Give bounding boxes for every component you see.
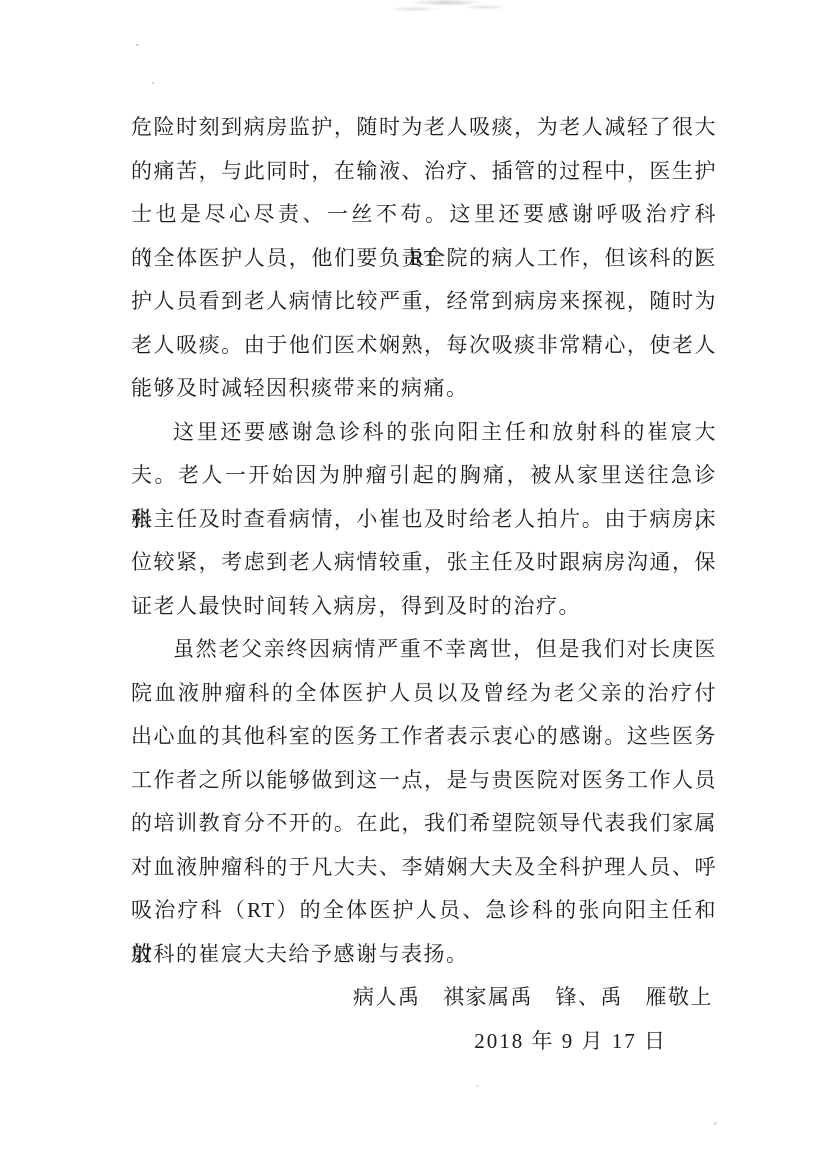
text-line: 危险时刻到病房监护，随时为老人吸痰，为老人减轻了很大 — [131, 106, 717, 150]
scan-speck-artifact — [476, 1085, 479, 1087]
scan-speck-artifact — [714, 1122, 717, 1125]
scanned-letter-page: 危险时刻到病房监护，随时为老人吸痰，为老人减轻了很大的痛苦，与此同时，在输液、治… — [0, 0, 827, 1169]
text-line: 射科的崔宸大夫给予感谢与表扬。 — [131, 933, 717, 977]
text-line: 位较紧，考虑到老人病情较重，张主任及时跟病房沟通，保 — [131, 541, 717, 585]
text-line: 能够及时减轻因积痰带来的病痛。 — [131, 367, 717, 411]
text-line: 工作者之所以能够做到这一点，是与贵医院对医务工作人员 — [131, 759, 717, 803]
text-line: 夫。老人一开始因为肿瘤引起的胸痛，被从家里送往急诊科， — [131, 454, 717, 498]
text-line: 张主任及时查看病情，小崔也及时给老人拍片。由于病房床 — [131, 498, 717, 542]
text-line: 老人吸痰。由于他们医术娴熟，每次吸痰非常精心，使老人 — [131, 324, 717, 368]
text-line: 病人禹 祺家属禹 锋、禹 雁敬上 — [131, 976, 717, 1020]
text-line: 吸治疗科（RT）的全体医护人员、急诊科的张向阳主任和放 — [131, 889, 717, 933]
text-line: 这里还要感谢急诊科的张向阳主任和放射科的崔宸大 — [131, 411, 717, 455]
text-line: 对血液肿瘤科的于凡大夫、李婧娴大夫及全科护理人员、呼 — [131, 846, 717, 890]
text-line: 2018 年 9 月 17 日 — [131, 1020, 717, 1064]
text-line: 的痛苦，与此同时，在输液、治疗、插管的过程中，医生护 — [131, 150, 717, 194]
text-line: 虽然老父亲终因病情严重不幸离世，但是我们对长庚医 — [131, 628, 717, 672]
letter-body: 危险时刻到病房监护，随时为老人吸痰，为老人减轻了很大的痛苦，与此同时，在输液、治… — [131, 106, 717, 1063]
scan-speck-artifact — [136, 44, 139, 46]
text-line: 的培训教育分不开的。在此，我们希望院领导代表我们家属 — [131, 802, 717, 846]
text-line: 的全体医护人员，他们要负责全院的病人工作，但该科的医 — [131, 237, 717, 281]
scan-smudge-artifact — [392, 0, 502, 13]
text-line: 出心血的其他科室的医务工作者表示衷心的感谢。这些医务 — [131, 715, 717, 759]
text-line: 院血液肿瘤科的全体医护人员以及曾经为老父亲的治疗付 — [131, 672, 717, 716]
scan-speck-artifact — [152, 82, 154, 84]
text-line: 士也是尽心尽责、一丝不苟。这里还要感谢呼吸治疗科（RT） — [131, 193, 717, 237]
text-line: 证老人最快时间转入病房，得到及时的治疗。 — [131, 585, 717, 629]
text-line: 护人员看到老人病情比较严重，经常到病房来探视，随时为 — [131, 280, 717, 324]
